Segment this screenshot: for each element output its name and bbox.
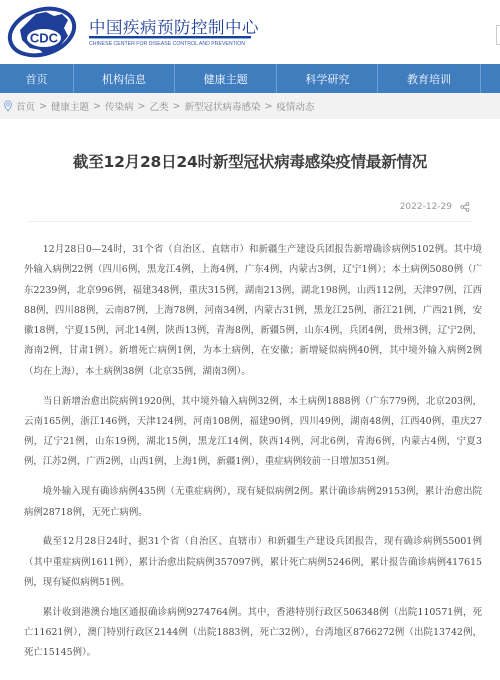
publish-date: 2022-12-29 (400, 202, 452, 212)
title-underline-accent (89, 38, 251, 39)
breadcrumb-separator: > (39, 101, 47, 112)
breadcrumb-class-b[interactable]: 乙类 (149, 99, 168, 113)
paragraph-hk-macao-taiwan: 累计收到港澳台地区通报确诊病例9274764例。其中，香港特别行政区506348… (24, 603, 482, 664)
nav-item-home[interactable]: 首页 (0, 64, 74, 93)
nav-item-more[interactable] (481, 64, 500, 93)
paragraph-new-cases: 12月28日0—24时，31个省（自治区、直辖市）和新疆生产建设兵团报告新增确诊… (24, 240, 482, 382)
nav-item-health-topics[interactable]: 健康主题 (175, 64, 277, 93)
divider (28, 221, 472, 222)
article-body: 12月28日0—24时，31个省（自治区、直辖市）和新疆生产建设兵团报告新增确诊… (24, 240, 482, 673)
nav-item-research[interactable]: 科学研究 (277, 64, 378, 93)
breadcrumb-home[interactable]: 首页 (16, 99, 35, 113)
breadcrumb-epidemic-updates[interactable]: 疫情动态 (276, 99, 314, 113)
site-title[interactable]: 中国疾病预防控制中心 (89, 14, 259, 38)
breadcrumb-separator: > (137, 101, 145, 112)
main-nav: 首页 机构信息 健康主题 科学研究 教育培训 (0, 64, 500, 93)
paragraph-imported: 境外输入现有确诊病例435例（无重症病例），现有疑似病例2例。累计确诊病例291… (24, 482, 482, 523)
paragraph-cumulative: 截至12月28日24时，据31个省（自治区、直辖市）和新疆生产建设兵团报告，现有… (24, 532, 482, 593)
article-title: 截至12月28日24时新型冠状病毒感染疫情最新情况 (0, 150, 500, 172)
site-header: CDC 中国疾病预防控制中心 CHINESE CENTER FOR DISEAS… (0, 0, 500, 64)
share-icon[interactable] (460, 202, 470, 212)
breadcrumb-separator: > (172, 101, 180, 112)
breadcrumb-covid[interactable]: 新型冠状病毒感染 (184, 99, 260, 113)
site-subtitle: CHINESE CENTER FOR DISEASE CONTROL AND P… (89, 41, 245, 47)
svg-text:CDC: CDC (30, 31, 59, 46)
breadcrumb-separator: > (264, 101, 272, 112)
breadcrumb-separator: > (93, 101, 101, 112)
nav-item-about[interactable]: 机构信息 (74, 64, 175, 93)
breadcrumb: 首页 > 健康主题 > 传染病 > 乙类 > 新型冠状病毒感染 > 疫情动态 (0, 93, 500, 119)
nav-item-education[interactable]: 教育培训 (378, 64, 480, 93)
breadcrumb-infectious-disease[interactable]: 传染病 (105, 99, 134, 113)
breadcrumb-health-topics[interactable]: 健康主题 (51, 99, 89, 113)
location-pin-icon (3, 100, 13, 112)
cdc-logo-icon[interactable]: CDC (6, 2, 80, 60)
article-meta: 2022-12-29 (400, 202, 470, 212)
paragraph-recoveries: 当日新增治愈出院病例1920例，其中境外输入病例32例，本土病例1888例（广东… (24, 392, 482, 473)
search-input[interactable] (496, 25, 500, 45)
